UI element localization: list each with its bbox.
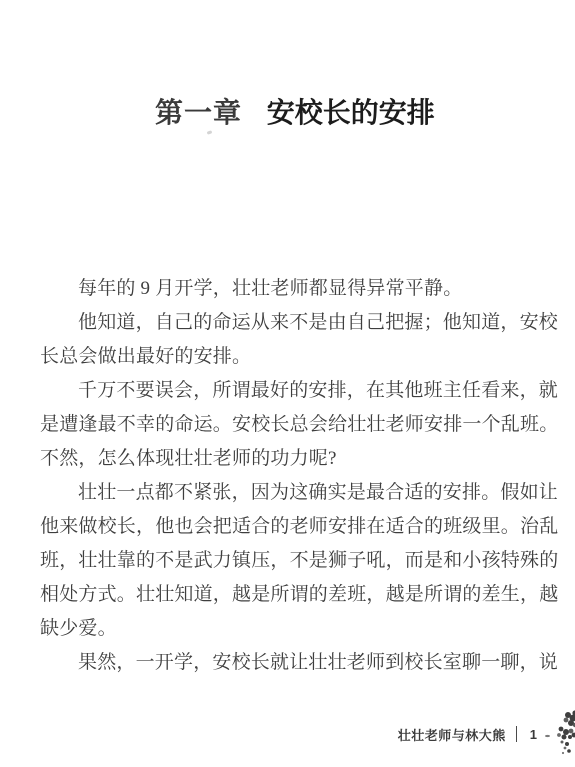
chapter-heading: 第一章 安校长的安排 [155,96,435,130]
footer-divider [516,726,517,742]
body-text-block: 每年的 9 月开学，壮壮老师都显得异常平静。他知道，自己的命运从来不是由自己把握… [40,272,540,680]
text-line: 是遭逢最不幸的命运。安校长总会给壮壮老师安排一个乱班。 [40,408,540,442]
text-line: 每年的 9 月开学，壮壮老师都显得异常平静。 [40,272,540,306]
text-line: 千万不要误会，所谓最好的安排，在其他班主任看来，就 [40,374,540,408]
text-line: 果然，一开学，安校长就让壮壮老师到校长室聊一聊，说 [40,646,540,680]
flower-stamp-icon [545,710,575,760]
text-line: 他来做校长，他也会把适合的老师安排在适合的班级里。治乱 [40,510,540,544]
running-footer: 壮壮老师与林大熊 1 [0,724,545,744]
text-line: 缺少爱。 [40,612,540,646]
chapter-number-label: 第一章 [155,97,242,128]
scan-speck [207,130,213,135]
book-title: 壮壮老师与林大熊 [398,725,506,744]
text-line: 相处方式。壮壮知道，越是所谓的差班，越是所谓的差生，越 [40,578,540,612]
book-page: 第一章 安校长的安排 每年的 9 月开学，壮壮老师都显得异常平静。他知道，自己的… [0,0,575,767]
page-number: 1 [530,727,537,742]
text-line: 壮壮一点都不紧张，因为这确实是最合适的安排。假如让 [40,476,540,510]
text-line: 他知道，自己的命运从来不是由自己把握；他知道，安校 [40,306,540,340]
text-line: 班，壮壮靠的不是武力镇压，不是狮子吼，而是和小孩特殊的 [40,544,540,578]
text-line: 长总会做出最好的安排。 [40,340,540,374]
text-line: 不然，怎么体现壮壮老师的功力呢? [40,442,540,476]
chapter-title-text: 安校长的安排 [267,97,435,128]
